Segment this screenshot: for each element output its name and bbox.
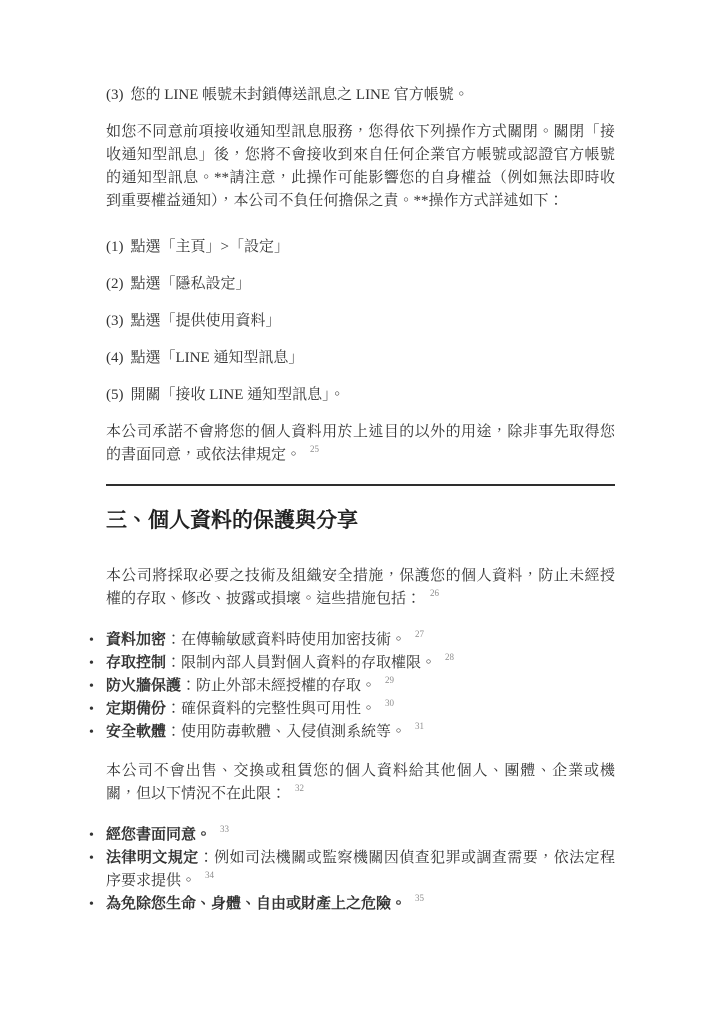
step-number: (3)	[106, 313, 124, 329]
list-item-label: 資料加密	[106, 632, 166, 648]
list-item: 法律明文規定：例如司法機關或監察機關因偵查犯罪或調查需要，依法定程序要求提供。3…	[106, 847, 615, 893]
footnote-ref-25: 25	[310, 444, 319, 454]
footnote-ref-29: 29	[385, 675, 394, 685]
step-text: 點選「提供使用資料」	[131, 313, 281, 329]
footnote-ref-32: 32	[295, 783, 304, 793]
intro-condition-item: (3)您的 LINE 帳號未封鎖傳送訊息之 LINE 官方帳號。	[106, 84, 615, 107]
section-heading: 三、個人資料的保護與分享	[106, 505, 615, 535]
footnote-ref-30: 30	[385, 698, 394, 708]
section-divider	[106, 484, 615, 486]
list-item-text: 使用防毒軟體、入侵偵測系統等。	[181, 724, 406, 740]
list-item-separator: ：	[166, 632, 181, 648]
list-item-separator: ：	[166, 701, 181, 717]
list-item: 存取控制：限制內部人員對個人資料的存取權限。28	[106, 652, 615, 675]
list-item-separator: ：	[181, 678, 196, 694]
footnote-ref-27: 27	[415, 629, 424, 639]
list-item: 經您書面同意。33	[106, 824, 615, 847]
paragraph-text: 本公司承諾不會將您的個人資料用於上述目的以外的用途，除非事先取得您的書面同意，或…	[106, 424, 615, 463]
list-item-text: 防止外部未經授權的存取。	[196, 678, 376, 694]
footnote-ref-28: 28	[445, 652, 454, 662]
step-text: 點選「隱私設定」	[131, 276, 251, 292]
list-item-text: 確保資料的完整性與可用性。	[181, 701, 376, 717]
list-item-separator: ：	[166, 655, 181, 671]
item-number: (3)	[106, 87, 124, 103]
list-item-label: 定期備份	[106, 701, 166, 717]
step-number: (5)	[106, 387, 124, 403]
sharing-exceptions-list: 經您書面同意。33 法律明文規定：例如司法機關或監察機關因偵查犯罪或調查需要，依…	[106, 824, 615, 916]
footnote-ref-33: 33	[220, 824, 229, 834]
step-item: (2)點選「隱私設定」	[106, 273, 615, 296]
step-text: 開關「接收 LINE 通知型訊息」。	[131, 387, 345, 403]
step-item: (4)點選「LINE 通知型訊息」	[106, 347, 615, 370]
paragraph-purpose-commitment: 本公司承諾不會將您的個人資料用於上述目的以外的用途，除非事先取得您的書面同意，或…	[106, 421, 615, 467]
step-text: 點選「主頁」>「設定」	[131, 239, 289, 255]
step-number: (1)	[106, 239, 124, 255]
list-item-separator: ：	[166, 724, 181, 740]
list-item-label: 經您書面同意。	[106, 827, 211, 843]
list-item-text: 在傳輸敏感資料時使用加密技術。	[181, 632, 406, 648]
list-item-label: 為免除您生命、身體、自由或財產上之危險。	[106, 896, 406, 912]
step-item: (1)點選「主頁」>「設定」	[106, 236, 615, 259]
item-text: 您的 LINE 帳號未封鎖傳送訊息之 LINE 官方帳號。	[131, 87, 469, 103]
document-page: (3)您的 LINE 帳號未封鎖傳送訊息之 LINE 官方帳號。 如您不同意前項…	[0, 0, 724, 1024]
list-item: 資料加密：在傳輸敏感資料時使用加密技術。27	[106, 629, 615, 652]
list-item: 防火牆保護：防止外部未經授權的存取。29	[106, 675, 615, 698]
footnote-ref-26: 26	[430, 588, 439, 598]
list-item-label: 安全軟體	[106, 724, 166, 740]
step-item: (5)開關「接收 LINE 通知型訊息」。	[106, 384, 615, 407]
list-item-separator: ：	[199, 850, 214, 866]
paragraph-sharing-policy: 本公司不會出售、交換或租賃您的個人資料給其他個人、團體、企業或機關，但以下情況不…	[106, 760, 615, 806]
step-text: 點選「LINE 通知型訊息」	[131, 350, 304, 366]
opt-out-steps: (1)點選「主頁」>「設定」 (2)點選「隱私設定」 (3)點選「提供使用資料」…	[106, 236, 615, 407]
step-item: (3)點選「提供使用資料」	[106, 310, 615, 333]
paragraph-text: 本公司不會出售、交換或租賃您的個人資料給其他個人、團體、企業或機關，但以下情況不…	[106, 763, 615, 802]
paragraph-text: 本公司將採取必要之技術及組織安全措施，保護您的個人資料，防止未經授權的存取、修改…	[106, 568, 615, 607]
paragraph-security-measures: 本公司將採取必要之技術及組織安全措施，保護您的個人資料，防止未經授權的存取、修改…	[106, 565, 615, 611]
footnote-ref-31: 31	[415, 721, 424, 731]
step-number: (2)	[106, 276, 124, 292]
list-item: 定期備份：確保資料的完整性與可用性。30	[106, 698, 615, 721]
list-item: 為免除您生命、身體、自由或財產上之危險。35	[106, 893, 615, 916]
footnote-ref-34: 34	[205, 870, 214, 880]
list-item: 安全軟體：使用防毒軟體、入侵偵測系統等。31	[106, 721, 615, 744]
paragraph-opt-out-instructions: 如您不同意前項接收通知型訊息服務，您得依下列操作方式關閉。關閉「接收通知型訊息」…	[106, 121, 615, 213]
list-item-label: 存取控制	[106, 655, 166, 671]
list-item-label: 防火牆保護	[106, 678, 181, 694]
list-item-text: 限制內部人員對個人資料的存取權限。	[181, 655, 436, 671]
list-item-label: 法律明文規定	[106, 850, 199, 866]
step-number: (4)	[106, 350, 124, 366]
security-measures-list: 資料加密：在傳輸敏感資料時使用加密技術。27 存取控制：限制內部人員對個人資料的…	[106, 629, 615, 744]
footnote-ref-35: 35	[415, 893, 424, 903]
